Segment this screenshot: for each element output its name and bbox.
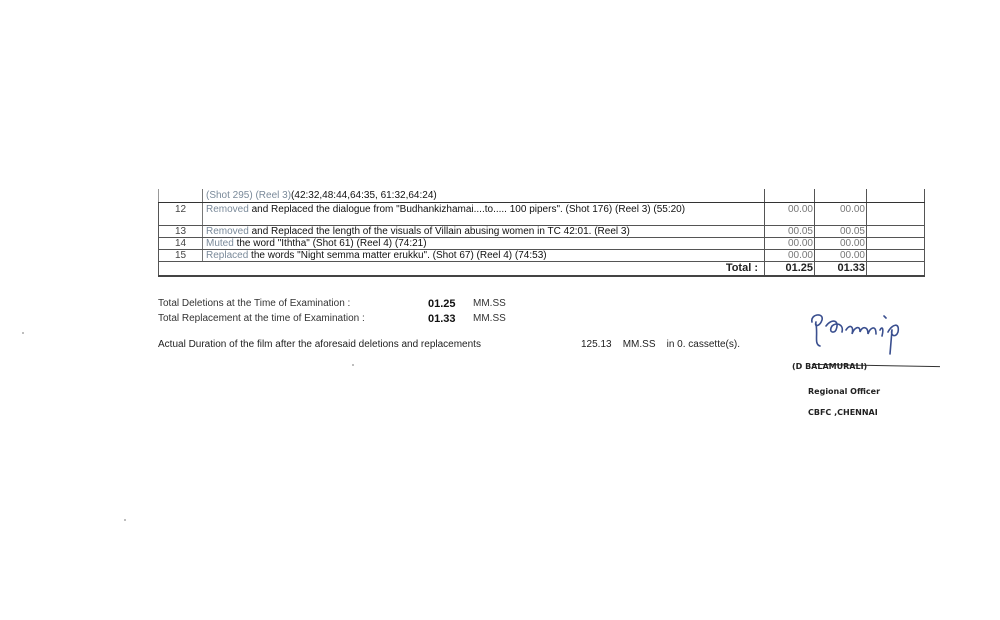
extra-cell — [867, 238, 925, 250]
total-deletions-unit: MM.SS — [473, 298, 506, 309]
row-replacement: 00.05 — [815, 226, 867, 238]
signatory-name: (D BALAMURALI) — [792, 362, 867, 371]
row-description: Removed and Replaced the length of the v… — [203, 226, 765, 238]
row-description: Muted the word "Iththa" (Shot 61) (Reel … — [203, 238, 765, 250]
total-row: Total : 01.25 01.33 — [159, 262, 925, 277]
signatory-title: Regional Officer — [808, 387, 880, 396]
actual-duration-line: Actual Duration of the film after the af… — [158, 339, 778, 350]
row-number: 14 — [159, 238, 203, 250]
total-label: Total : — [159, 262, 765, 277]
row-description: Replaced the words "Night semma matter e… — [203, 250, 765, 262]
table-row: 14 Muted the word "Iththa" (Shot 61) (Re… — [159, 238, 925, 250]
table-row: 12 Removed and Replaced the dialogue fro… — [159, 203, 925, 226]
total-deletions-value: 01.25 — [428, 298, 456, 310]
row-number: 12 — [159, 203, 203, 226]
total-replacement-value: 01.33 — [428, 313, 456, 325]
row-deletion: 00.00 — [765, 250, 815, 262]
extra-cell — [867, 250, 925, 262]
row-number: 13 — [159, 226, 203, 238]
total-replacement-line: Total Replacement at the time of Examina… — [158, 313, 365, 324]
duration-label: Actual Duration of the film after the af… — [158, 339, 481, 350]
description-cell: (Shot 295) (Reel 3)(42:32,48:44,64:35, 6… — [203, 189, 765, 203]
signature-icon — [806, 310, 926, 358]
row-deletion: 00.00 — [765, 238, 815, 250]
total-deletions-line: Total Deletions at the Time of Examinati… — [158, 298, 350, 309]
row-description: Removed and Replaced the dialogue from "… — [203, 203, 765, 226]
row-replacement: 00.00 — [815, 250, 867, 262]
continuation-row: (Shot 295) (Reel 3)(42:32,48:44,64:35, 6… — [159, 189, 925, 203]
replacement-cell — [815, 189, 867, 203]
duration-unit: MM.SS — [623, 339, 656, 350]
modifications-table: (Shot 295) (Reel 3)(42:32,48:44,64:35, 6… — [158, 189, 925, 277]
total-replacement-label: Total Replacement at the time of Examina… — [158, 313, 365, 324]
total-deletion: 01.25 — [765, 262, 815, 277]
extra-cell — [867, 226, 925, 238]
signatory-office: CBFC ,CHENNAI — [808, 408, 878, 417]
total-replacement: 01.33 — [815, 262, 867, 277]
duration-value: 125.13 — [581, 339, 612, 350]
scan-speck — [124, 519, 126, 521]
total-replacement-unit: MM.SS — [473, 313, 506, 324]
row-replacement: 00.00 — [815, 203, 867, 226]
table-row: 13 Removed and Replaced the length of th… — [159, 226, 925, 238]
scan-speck — [22, 332, 24, 334]
total-deletions-label: Total Deletions at the Time of Examinati… — [158, 298, 350, 309]
row-deletion: 00.00 — [765, 203, 815, 226]
row-number-cell — [159, 189, 203, 203]
scan-speck — [352, 364, 354, 366]
extra-cell — [867, 189, 925, 203]
duration-suffix: in 0. cassette(s). — [667, 339, 740, 350]
row-number: 15 — [159, 250, 203, 262]
row-replacement: 00.00 — [815, 238, 867, 250]
extra-cell — [867, 203, 925, 226]
table-row: 15 Replaced the words "Night semma matte… — [159, 250, 925, 262]
row-deletion: 00.05 — [765, 226, 815, 238]
extra-cell — [867, 262, 925, 277]
duration-value-group: 125.13 MM.SS in 0. cassette(s). — [581, 339, 740, 350]
modifications-table-container: (Shot 295) (Reel 3)(42:32,48:44,64:35, 6… — [158, 189, 924, 277]
deletion-cell — [765, 189, 815, 203]
